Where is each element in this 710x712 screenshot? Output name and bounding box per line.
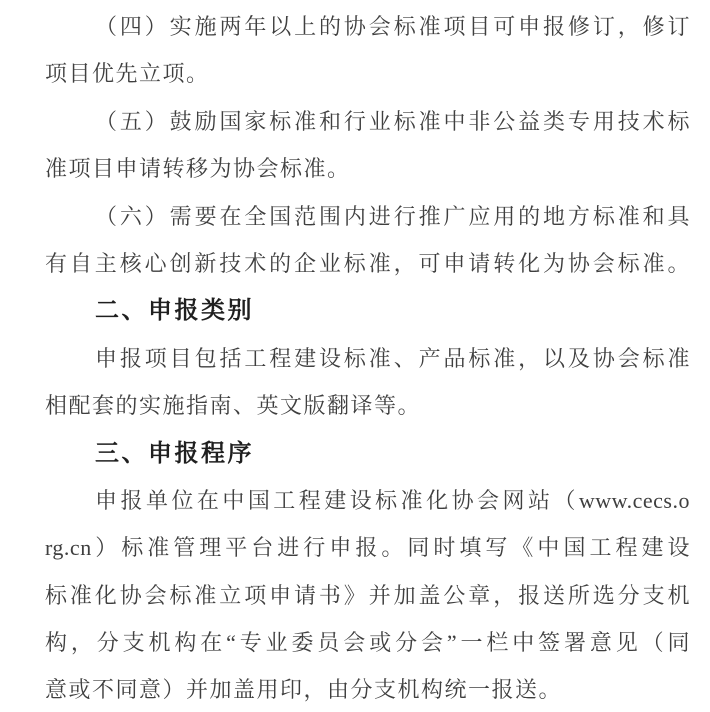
- paragraph-7-line-1: 申报项目包括工程建设标准、产品标准，以及协会标准: [45, 335, 690, 382]
- paragraph-8-line-1: 申报单位在中国工程建设标准化协会网站（www.cecs.o: [45, 477, 690, 524]
- document-page: （四）实施两年以上的协会标准项目可申报修订，修订 项目优先立项。 （五）鼓励国家…: [0, 0, 710, 712]
- paragraph-4-line-2: 项目优先立项。: [45, 50, 690, 97]
- paragraph-5-line-2: 准项目申请转移为协会标准。: [45, 145, 690, 192]
- paragraph-8-line-4: 构，分支机构在“专业委员会或分会”一栏中签署意见（同: [45, 619, 690, 666]
- paragraph-8-line-2: rg.cn）标准管理平台进行申报。同时填写《中国工程建设: [45, 524, 690, 571]
- paragraph-6-line-1: （六）需要在全国范围内进行推广应用的地方标准和具: [45, 193, 690, 240]
- section-heading-2: 二、申报类别: [45, 287, 690, 334]
- paragraph-8-line-5: 意或不同意）并加盖用印，由分支机构统一报送。: [45, 666, 690, 712]
- paragraph-6-line-2: 有自主核心创新技术的企业标准，可申请转化为协会标准。: [45, 240, 690, 287]
- paragraph-5-line-1: （五）鼓励国家标准和行业标准中非公益类专用技术标: [45, 98, 690, 145]
- section-heading-3: 三、申报程序: [45, 430, 690, 477]
- paragraph-8-line-3: 标准化协会标准立项申请书》并加盖公章，报送所选分支机: [45, 572, 690, 619]
- paragraph-4-line-1: （四）实施两年以上的协会标准项目可申报修订，修订: [45, 3, 690, 50]
- paragraph-7-line-2: 相配套的实施指南、英文版翻译等。: [45, 382, 690, 429]
